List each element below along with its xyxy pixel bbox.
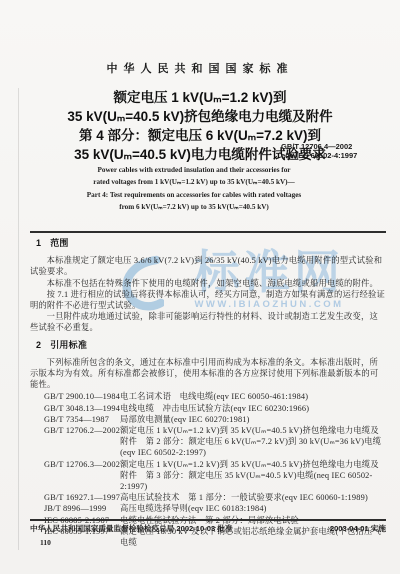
- reference-code: GB/T 2900.10—1984: [44, 391, 120, 402]
- paragraph: 一旦附件成功地通过试验，除非可能影响运行特性的材料、设计或制造工艺发生改变，这些…: [30, 311, 386, 333]
- reference-item: GB/T 12706.3—2002 额定电压 1 kV(Uₘ=1.2 kV)到 …: [44, 459, 386, 493]
- reference-code: JB/T 8996—1999: [44, 503, 120, 514]
- reference-code: GB/T 16927.1—1997: [44, 492, 120, 503]
- reference-item: GB/T 2900.10—1984 电工名词术语 电线电缆(eqv IEC 60…: [44, 391, 386, 402]
- approval-authority-date: 中华人民共和国国家质量监督检验检疫总局 2002-10-03 批准: [30, 523, 233, 534]
- reference-item: GB/T 3048.13—1994 电线电缆 冲击电压试验方法(eqv IEC …: [44, 403, 386, 414]
- reference-title: 高电压试验技术 第 1 部分：一般试验要求(eqv IEC 60060-1:19…: [120, 492, 386, 503]
- section-title: 范围: [50, 238, 68, 248]
- title-line: 额定电压 1 kV(Uₘ=1.2 kV)到: [0, 88, 400, 107]
- reference-title: 局部放电测量(eqv IEC 60270:1981): [120, 414, 386, 425]
- english-title-line: Power cables with extruded insulation an…: [28, 164, 360, 176]
- reference-title: 电工名词术语 电线电缆(eqv IEC 60050-461:1984): [120, 391, 386, 402]
- standard-header: 中华人民共和国国家标准: [0, 60, 400, 76]
- section-title: 引用标准: [50, 340, 87, 350]
- reference-title: 高压电缆选择导则(eqv IEC 60183:1984): [120, 503, 386, 514]
- paragraph: 按 7.1 进行相应的试验后将获得本标准认可，经买方同意，制造方如果有满意的运行…: [30, 289, 386, 311]
- standard-number: GB/T 12706.4—2002: [281, 142, 396, 151]
- english-title-line: from 6 kV(Uₘ=7.2 kV) up to 35 kV(Uₘ=40.5…: [28, 201, 360, 213]
- reference-code: GB/T 7354—1987: [44, 414, 120, 425]
- english-title-line: Part 4: Test requirements on accessories…: [28, 189, 360, 201]
- implementation-date: 2003-04-01 实施: [330, 523, 386, 534]
- reference-code: GB/T 12706.3—2002: [44, 459, 120, 493]
- reference-item: JB/T 8996—1999 高压电缆选择导则(eqv IEC 60183:19…: [44, 503, 386, 514]
- document-page: 标准网 WWW.IBIAOZHUN.COM 中华人民共和国国家标准 额定电压 1…: [0, 0, 400, 574]
- paragraph: 本标准不包括在特殊条件下使用的电缆附件，如架空电缆、海底电缆或船用电缆的附件。: [30, 278, 386, 289]
- section-number: 2: [36, 340, 41, 350]
- paragraph: 下列标准所包含的条文，通过在本标准中引用而构成为本标准的条文。本标准出版时，所示…: [30, 357, 386, 391]
- page-number: 110: [40, 538, 51, 547]
- reference-code: GB/T 3048.13—1994: [44, 403, 120, 414]
- english-title-line: rated voltages from 1 kV(Uₘ=1.2 kV) up t…: [28, 176, 360, 188]
- title-line: 35 kV(Uₘ=40.5 kV)挤包绝缘电力电缆及附件: [0, 107, 400, 126]
- reference-title: 额定电压 1 kV(Uₘ=1.2 kV)到 35 kV(Uₘ=40.5 kV)挤…: [120, 425, 386, 459]
- footer-divider: [30, 519, 386, 521]
- standard-number-block: GB/T 12706.4—2002 eqv IEC 60502-4:1997: [281, 142, 396, 160]
- reference-item: GB/T 16927.1—1997 高电压试验技术 第 1 部分：一般试验要求(…: [44, 492, 386, 503]
- reference-code: GB/T 12706.2—2002: [44, 425, 120, 459]
- section-2-heading: 2引用标准: [36, 340, 386, 351]
- section-number: 1: [36, 238, 41, 248]
- section-1-heading: 1范围: [36, 238, 386, 249]
- paragraph: 本标准规定了额定电压 3.6/6 kV(7.2 kV)到 26/35 kV(40…: [30, 255, 386, 277]
- reference-item: GB/T 7354—1987 局部放电测量(eqv IEC 60270:1981…: [44, 414, 386, 425]
- reference-title: 电线电缆 冲击电压试验方法(eqv IEC 60230:1966): [120, 403, 386, 414]
- title-english: Power cables with extruded insulation an…: [28, 164, 360, 214]
- reference-item: GB/T 12706.2—2002 额定电压 1 kV(Uₘ=1.2 kV)到 …: [44, 425, 386, 459]
- body-content: 1范围 本标准规定了额定电压 3.6/6 kV(7.2 kV)到 26/35 k…: [30, 238, 386, 548]
- title-divider: [30, 231, 386, 233]
- footer: 中华人民共和国国家质量监督检验检疫总局 2002-10-03 批准 2003-0…: [30, 523, 386, 534]
- reference-title: 额定电压 1 kV(Uₘ=1.2 kV)到 35 kV(Uₘ=40.5 kV)挤…: [120, 459, 386, 493]
- standard-equivalence: eqv IEC 60502-4:1997: [281, 151, 396, 160]
